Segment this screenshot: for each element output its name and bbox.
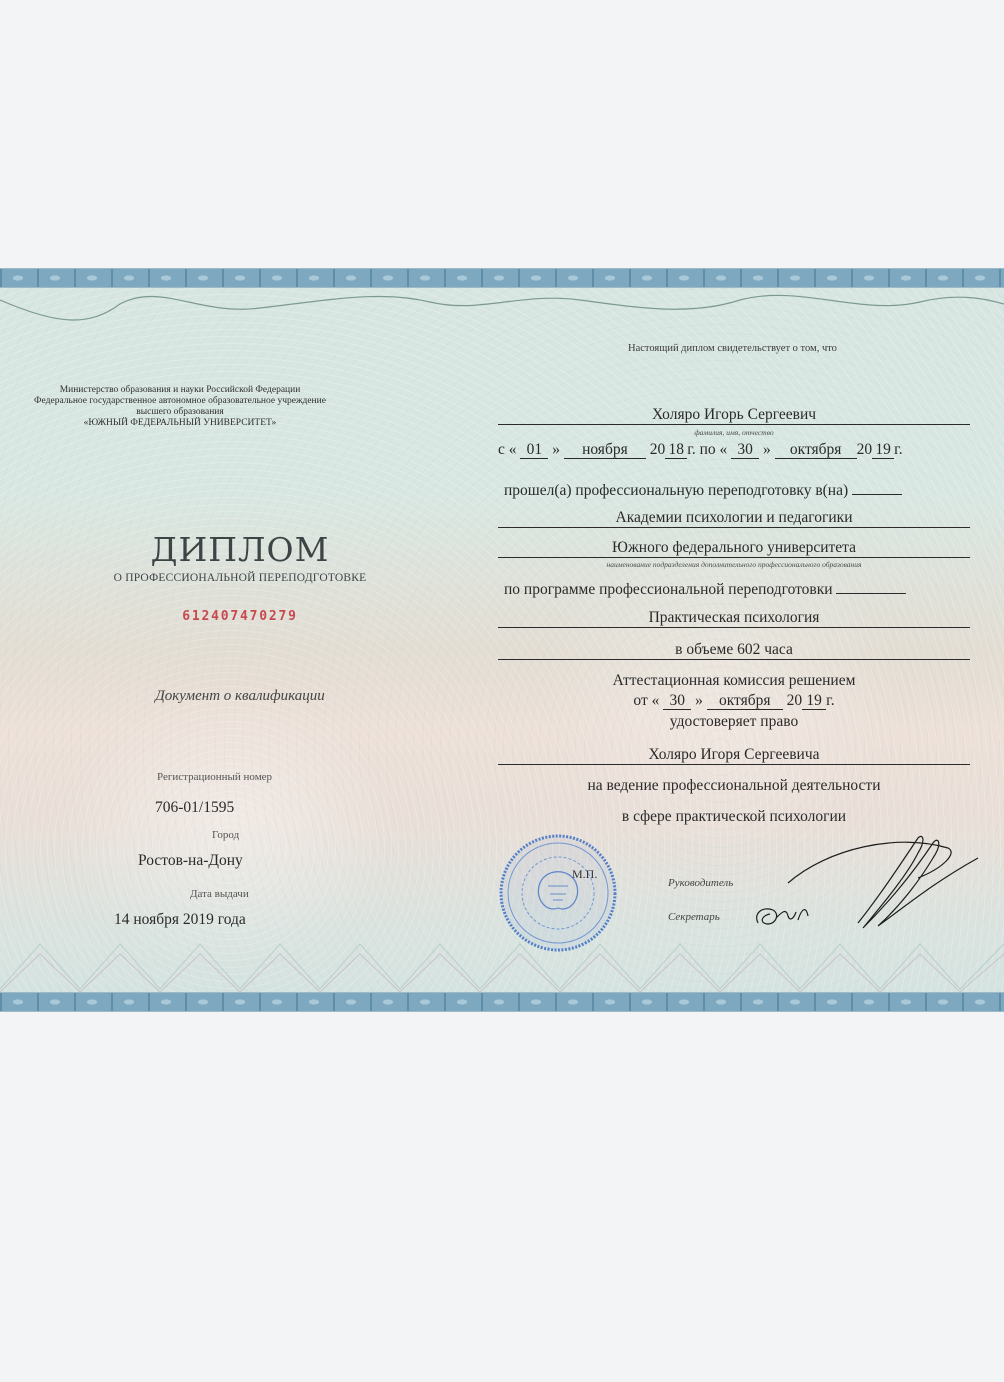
left-panel: Министерство образования и науки Российс… (0, 268, 470, 1012)
blank-line (852, 480, 902, 495)
decision-month: октября (707, 693, 783, 710)
program-name: Практическая психология (498, 609, 970, 628)
passed-retraining-line: прошел(а) профессиональную переподготовк… (504, 480, 976, 500)
issue-date: 14 ноября 2019 года (114, 911, 246, 929)
start-day: 01 (520, 442, 548, 459)
start-year: 18 (665, 442, 687, 459)
program-line: по программе профессиональной переподгот… (504, 579, 976, 599)
diploma-title: ДИПЛОМ (90, 530, 390, 569)
certifies-intro: Настоящий диплом свидетельствует о том, … (628, 343, 837, 354)
institution-line-2: Южного федерального университета (498, 539, 970, 558)
handwritten-signatures (748, 828, 988, 938)
start-month: ноября (564, 442, 646, 459)
program-label: по программе профессиональной переподгот… (504, 581, 833, 598)
commission-text: Аттестационная комиссия решением (498, 672, 970, 690)
full-name-genitive: Холяро Игоря Сергеевича (498, 746, 970, 765)
document-kind: Документ о квалификации (80, 688, 400, 705)
ministry-line: «ЮЖНЫЙ ФЕДЕРАЛЬНЫЙ УНИВЕРСИТЕТ» (0, 418, 360, 429)
study-period: с « 01 » ноября 2018г. по « 30 » октября… (498, 441, 970, 459)
full-name: Холяро Игорь Сергеевич (498, 406, 970, 425)
stamp-place-label: М.П. (572, 867, 597, 882)
right-line-2: в сфере практической психологии (498, 808, 970, 826)
program-volume: в объеме 602 часа (498, 641, 970, 660)
end-month: октября (775, 442, 857, 459)
decision-date: от « 30 » октября 2019г. (498, 692, 970, 710)
registration-number-label: Регистрационный номер (157, 771, 272, 783)
diploma-subtitle: О ПРОФЕССИОНАЛЬНОЙ ПЕРЕПОДГОТОВКЕ (40, 572, 440, 584)
right-line-1: на ведение профессиональной деятельности (498, 777, 970, 795)
head-signature-label: Руководитель (668, 877, 733, 889)
ministry-line: Федеральное государственное автономное о… (0, 396, 360, 407)
end-day: 30 (731, 442, 759, 459)
ministry-line: высшего образования (0, 407, 360, 418)
full-name-caption: фамилия, имя, отчество (498, 428, 970, 437)
end-year: 19 (872, 442, 894, 459)
institution-caption: наименование подразделения дополнительно… (498, 560, 970, 569)
certifies-right: удостоверяет право (498, 713, 970, 731)
passed-text: прошел(а) профессиональную переподготовк… (504, 482, 848, 499)
official-seal-stamp (498, 828, 618, 958)
secretary-signature-label: Секретарь (668, 911, 720, 923)
blank-line (836, 579, 906, 594)
issue-date-label: Дата выдачи (190, 888, 249, 900)
registration-number: 706-01/1595 (155, 799, 234, 817)
serial-number: 612407470279 (100, 609, 380, 624)
city-value: Ростов-на-Дону (138, 852, 243, 870)
right-panel: Настоящий диплом свидетельствует о том, … (498, 268, 972, 1012)
ministry-line: Министерство образования и науки Российс… (0, 385, 360, 396)
decision-day: 30 (663, 693, 691, 710)
diploma-document: Министерство образования и науки Российс… (0, 268, 1004, 1012)
city-label: Город (212, 829, 239, 841)
decision-year: 19 (802, 693, 826, 710)
issuing-organization: Министерство образования и науки Российс… (0, 385, 360, 429)
institution-line-1: Академии психологии и педагогики (498, 509, 970, 528)
